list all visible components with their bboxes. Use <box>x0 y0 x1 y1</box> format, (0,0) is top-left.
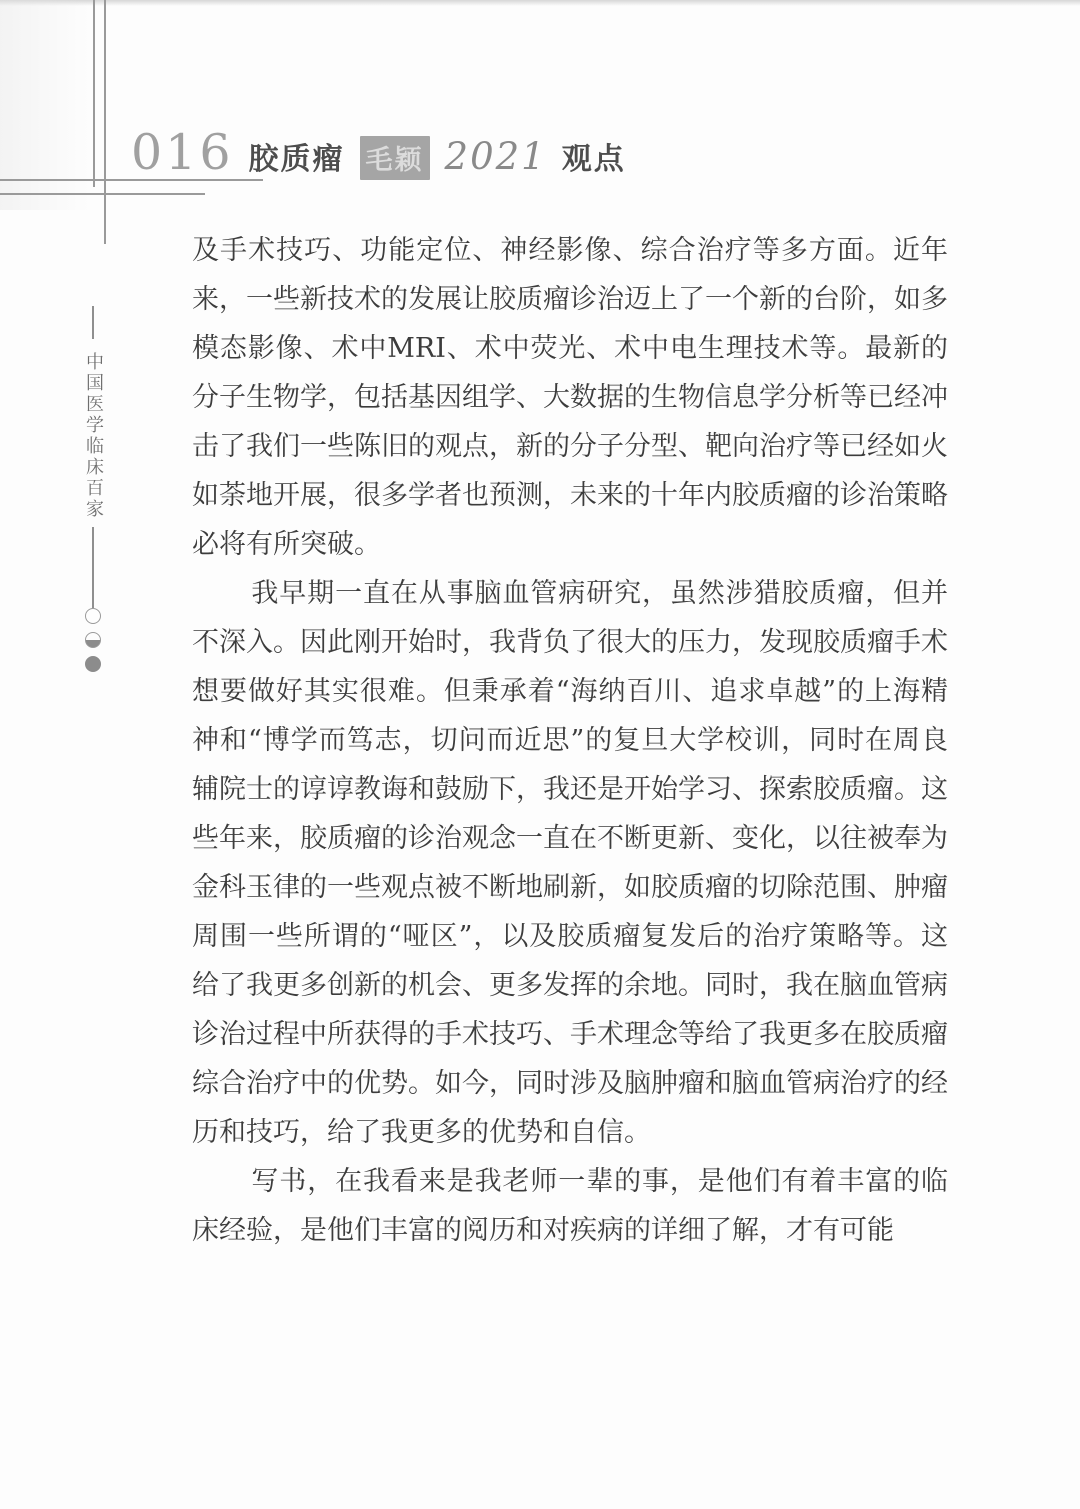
progress-dot-full-icon <box>85 656 101 672</box>
page-number: 016 <box>131 128 234 177</box>
paragraph-continued-from-previous-page: 及手术技巧、功能定位、神经影像、综合治疗等多方面。近年来，一些新技术的发展让胶质… <box>192 226 948 569</box>
page-header: 016 胶质瘤 毛颖 2021 观点 <box>131 128 626 180</box>
series-title-vertical: 中国医学临床百家 <box>81 352 107 522</box>
register-vertical-rule-inner <box>104 0 106 244</box>
author-name-badge: 毛颖 <box>360 136 430 180</box>
paragraph: 我早期一直在从事脑血管病研究，虽然涉猎胶质瘤，但并不深入。因此刚开始时，我背负了… <box>192 569 948 1157</box>
series-progress-dots <box>84 608 101 680</box>
edition-year: 2021 <box>445 135 547 178</box>
header-lower-rule <box>0 193 205 195</box>
sidebar-rule-top <box>92 306 94 339</box>
sidebar-rule-bottom <box>92 527 94 608</box>
edition-word: 观点 <box>562 134 626 178</box>
paragraph-continues-next-page: 写书，在我看来是我老师一辈的事，是他们有着丰富的临床经验，是他们丰富的阅历和对疾… <box>192 1157 948 1255</box>
progress-dot-half-icon <box>85 632 101 648</box>
page-body: 及手术技巧、功能定位、神经影像、综合治疗等多方面。近年来，一些新技术的发展让胶质… <box>192 226 948 1255</box>
register-vertical-rule-outer <box>93 0 95 187</box>
scan-top-edge <box>0 0 1080 6</box>
progress-dot-empty-icon <box>85 608 101 624</box>
book-title: 胶质瘤 <box>249 134 345 178</box>
